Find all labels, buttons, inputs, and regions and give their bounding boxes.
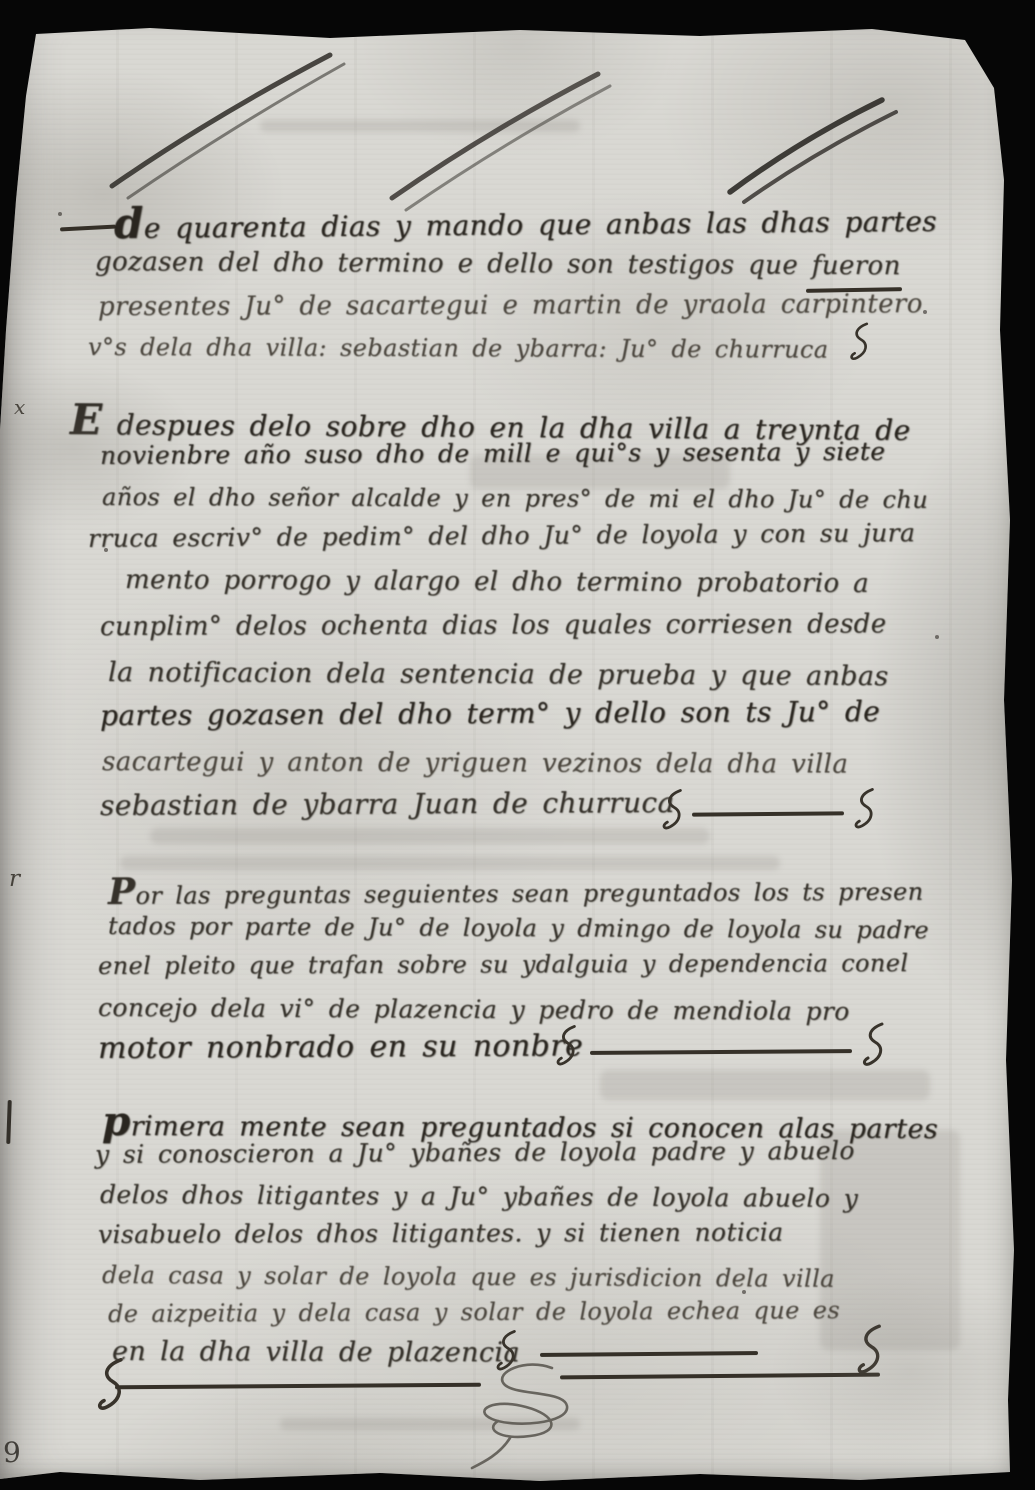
line-filler-dash bbox=[692, 811, 844, 816]
manuscript-text-line: cunplim° delos ochenta dias los quales c… bbox=[100, 610, 887, 643]
line-filler-dash bbox=[590, 1049, 852, 1054]
manuscript-text-line: novienbre año suso dho de mill e qui°s y… bbox=[100, 438, 886, 471]
showthrough-smudge bbox=[120, 856, 780, 870]
manuscript-text-line: visabuelo delos dhos litigantes. y si ti… bbox=[98, 1219, 784, 1250]
showthrough-smudge bbox=[600, 1070, 930, 1100]
paraph-flourish-icon bbox=[658, 786, 686, 834]
margin-mark-bar bbox=[6, 1100, 12, 1144]
manuscript-text-line: sebastian de ybarra Juan de churruca bbox=[100, 787, 675, 822]
manuscript-text-line: rruca escriv° de pedim° del dho Ju° de l… bbox=[88, 519, 915, 554]
manuscript-text-line: v°s dela dha villa: sebastian de ybarra:… bbox=[88, 334, 829, 364]
folio-number: 9 bbox=[3, 1436, 21, 1469]
ink-speck bbox=[58, 212, 62, 216]
line-filler-dash bbox=[115, 1383, 481, 1389]
manuscript-text-line: tados por parte de Ju° de loyola y dming… bbox=[108, 913, 929, 945]
manuscript-text-line: Por las preguntas seguientes sean pregun… bbox=[108, 868, 924, 914]
line-filler-dash bbox=[540, 1351, 758, 1356]
manuscript-text-line: mento porrogo y alargo el dho termino pr… bbox=[125, 566, 869, 600]
manuscript-text-line: la notificacion dela sentencia de prueba… bbox=[108, 657, 889, 692]
paraph-flourish-icon bbox=[92, 1350, 128, 1420]
manuscript-text-line: de quarenta dias y mando que anbas las d… bbox=[114, 193, 937, 248]
line-filler-dash bbox=[560, 1373, 880, 1379]
manuscript-text-line: partes gozasen del dho term° y dello son… bbox=[100, 696, 880, 732]
manuscript-text-line: y si conoscieron a Ju° ybañes de loyola … bbox=[95, 1137, 855, 1170]
paraph-flourish-icon bbox=[552, 1022, 580, 1070]
manuscript-text-line: años el dho señor alcalde y en pres° de … bbox=[102, 484, 928, 514]
manuscript-text-line: en la dha villa de plazencia bbox=[112, 1336, 520, 1368]
manuscript-text-line: enel pleito que trafan sobre su ydalguia… bbox=[98, 950, 909, 980]
manuscript-text-line: de aizpeitia y dela casa y solar de loyo… bbox=[108, 1297, 840, 1328]
ink-speck bbox=[935, 635, 939, 639]
manuscript-text-line: delos dhos litigantes y a Ju° ybañes de … bbox=[100, 1181, 858, 1214]
margin-mark-x: x bbox=[14, 395, 25, 419]
paraph-flourish-icon bbox=[492, 1326, 520, 1376]
margin-mark-r: r bbox=[9, 866, 20, 892]
manuscript-text-line: dela casa y solar de loyola que es juris… bbox=[102, 1262, 835, 1293]
manuscript-text-line: gozasen del dho termino e dello son test… bbox=[95, 248, 901, 282]
opening-dash-flourish bbox=[60, 225, 116, 231]
manuscript-text-line: sacartegui y anton de yriguen vezinos de… bbox=[102, 748, 848, 780]
manuscript-text-line: motor nonbrado en su nonbre bbox=[98, 1029, 583, 1066]
ink-speck bbox=[923, 310, 927, 314]
showthrough-smudge bbox=[260, 120, 580, 132]
showthrough-smudge bbox=[150, 828, 710, 844]
manuscript-text-line: concejo dela vi° de plazencia y pedro de… bbox=[98, 994, 850, 1027]
paraph-flourish-icon bbox=[852, 1318, 886, 1382]
manuscript-scan: de quarenta dias y mando que anbas las d… bbox=[0, 0, 1035, 1490]
paraph-flourish-icon bbox=[858, 1018, 888, 1072]
paraph-flourish-icon bbox=[850, 784, 878, 834]
manuscript-page: de quarenta dias y mando que anbas las d… bbox=[0, 0, 1035, 1490]
paraph-flourish-icon bbox=[846, 320, 872, 364]
manuscript-text-line: presentes Ju° de sacartegui e martin de … bbox=[98, 290, 923, 323]
showthrough-smudge bbox=[280, 1418, 580, 1430]
